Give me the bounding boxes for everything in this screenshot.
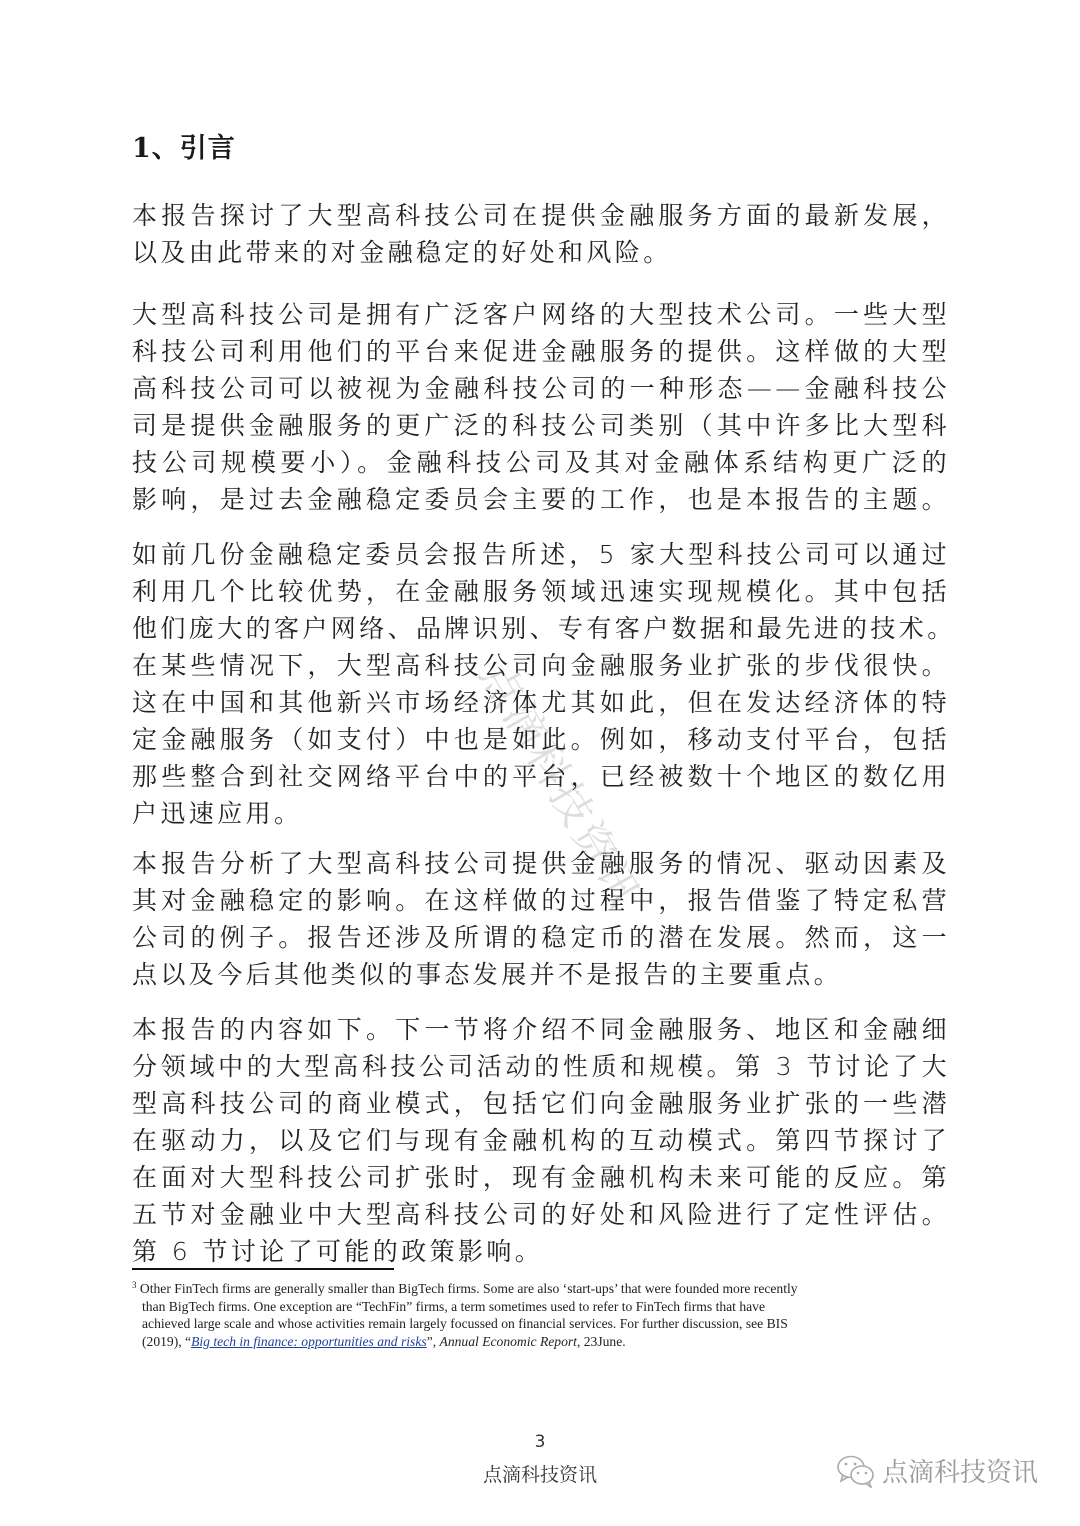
page-number: 3 — [0, 1432, 1080, 1452]
text-line: 在某些情况下，大型高科技公司向金融服务业扩张的步伐很快。 — [132, 647, 950, 684]
text-line: 以及由此带来的对金融稳定的好处和风险。 — [132, 234, 950, 271]
text-line: 技公司规模要小）。金融科技公司及其对金融体系结构更广泛的 — [132, 444, 950, 481]
text-line: 如前几份金融稳定委员会报告所述，5 家大型科技公司可以通过 — [132, 536, 950, 573]
text-line: 本报告分析了大型高科技公司提供金融服务的情况、驱动因素及 — [132, 845, 950, 882]
footnote-line: achieved large scale and whose activitie… — [132, 1315, 952, 1333]
footnote-marker: 3 — [132, 1280, 137, 1290]
paragraph-analysis: 本报告分析了大型高科技公司提供金融服务的情况、驱动因素及 其对金融稳定的影响。在… — [132, 845, 950, 993]
text-line: 型高科技公司的商业模式，包括它们向金融服务业扩张的一些潜 — [132, 1085, 950, 1122]
text-line: 他们庞大的客户网络、品牌识别、专有客户数据和最先进的技术。 — [132, 610, 950, 647]
text-line: 那些整合到社交网络平台中的平台，已经被数十个地区的数亿用 — [132, 758, 950, 795]
footnote-divider — [132, 1268, 394, 1270]
text-line: 本报告探讨了大型高科技公司在提供金融服务方面的最新发展， — [132, 197, 950, 234]
watermark-brand-text: 点滴科技资讯 — [882, 1452, 1038, 1489]
text-line: 在驱动力，以及它们与现有金融机构的互动模式。第四节探讨了 — [132, 1122, 950, 1159]
text-line: 定金融服务（如支付）中也是如此。例如，移动支付平台，包括 — [132, 721, 950, 758]
text-line: 高科技公司可以被视为金融科技公司的一种形态——金融科技公 — [132, 370, 950, 407]
wechat-icon — [836, 1454, 876, 1488]
paragraph-advantages: 如前几份金融稳定委员会报告所述，5 家大型科技公司可以通过 利用几个比较优势，在… — [132, 536, 950, 832]
text-line: 公司的例子。报告还涉及所谓的稳定币的潜在发展。然而，这一 — [132, 919, 950, 956]
text-line: 本报告的内容如下。下一节将介绍不同金融服务、地区和金融细 — [132, 1011, 950, 1048]
text-line: 利用几个比较优势，在金融服务领域迅速实现规模化。其中包括 — [132, 573, 950, 610]
text-line: 点以及今后其他类似的事态发展并不是报告的主要重点。 — [132, 956, 950, 993]
wechat-watermark: 点滴科技资讯 — [836, 1452, 1038, 1489]
text-line: 分领域中的大型高科技公司活动的性质和规模。第 3 节讨论了大 — [132, 1048, 950, 1085]
text-line: 司是提供金融服务的更广泛的科技公司类别（其中许多比大型科 — [132, 407, 950, 444]
paragraph-intro: 本报告探讨了大型高科技公司在提供金融服务方面的最新发展， 以及由此带来的对金融稳… — [132, 197, 950, 271]
footnote: 3 Other FinTech firms are generally smal… — [132, 1280, 952, 1350]
text-line: 大型高科技公司是拥有广泛客户网络的大型技术公司。一些大型 — [132, 296, 950, 333]
footnote-line: (2019), “Big tech in finance: opportunit… — [132, 1333, 952, 1351]
section-heading: 1、引言 — [132, 126, 236, 165]
text-line: 这在中国和其他新兴市场经济体尤其如此，但在发达经济体的特 — [132, 684, 950, 721]
text-line: 五节对金融业中大型高科技公司的好处和风险进行了定性评估。 — [132, 1196, 950, 1233]
text-line: 影响，是过去金融稳定委员会主要的工作，也是本报告的主题。 — [132, 481, 950, 518]
text-line: 在面对大型科技公司扩张时，现有金融机构未来可能的反应。第 — [132, 1159, 950, 1196]
footnote-link[interactable]: Big tech in finance: opportunities and r… — [191, 1334, 427, 1349]
footnote-line: 3 Other FinTech firms are generally smal… — [132, 1280, 952, 1298]
document-page: 点滴科技资讯 1、引言 本报告探讨了大型高科技公司在提供金融服务方面的最新发展，… — [0, 0, 1080, 1526]
footnote-line: than BigTech firms. One exception are “T… — [132, 1298, 952, 1316]
paragraph-bigtech-definition: 大型高科技公司是拥有广泛客户网络的大型技术公司。一些大型 科技公司利用他们的平台… — [132, 296, 950, 518]
text-line: 第 6 节讨论了可能的政策影响。 — [132, 1233, 950, 1270]
text-line: 科技公司利用他们的平台来促进金融服务的提供。这样做的大型 — [132, 333, 950, 370]
paragraph-outline: 本报告的内容如下。下一节将介绍不同金融服务、地区和金融细 分领域中的大型高科技公… — [132, 1011, 950, 1270]
text-line: 户迅速应用。 — [132, 795, 950, 832]
text-line: 其对金融稳定的影响。在这样做的过程中，报告借鉴了特定私营 — [132, 882, 950, 919]
source-title: Annual Economic Report — [440, 1334, 577, 1349]
